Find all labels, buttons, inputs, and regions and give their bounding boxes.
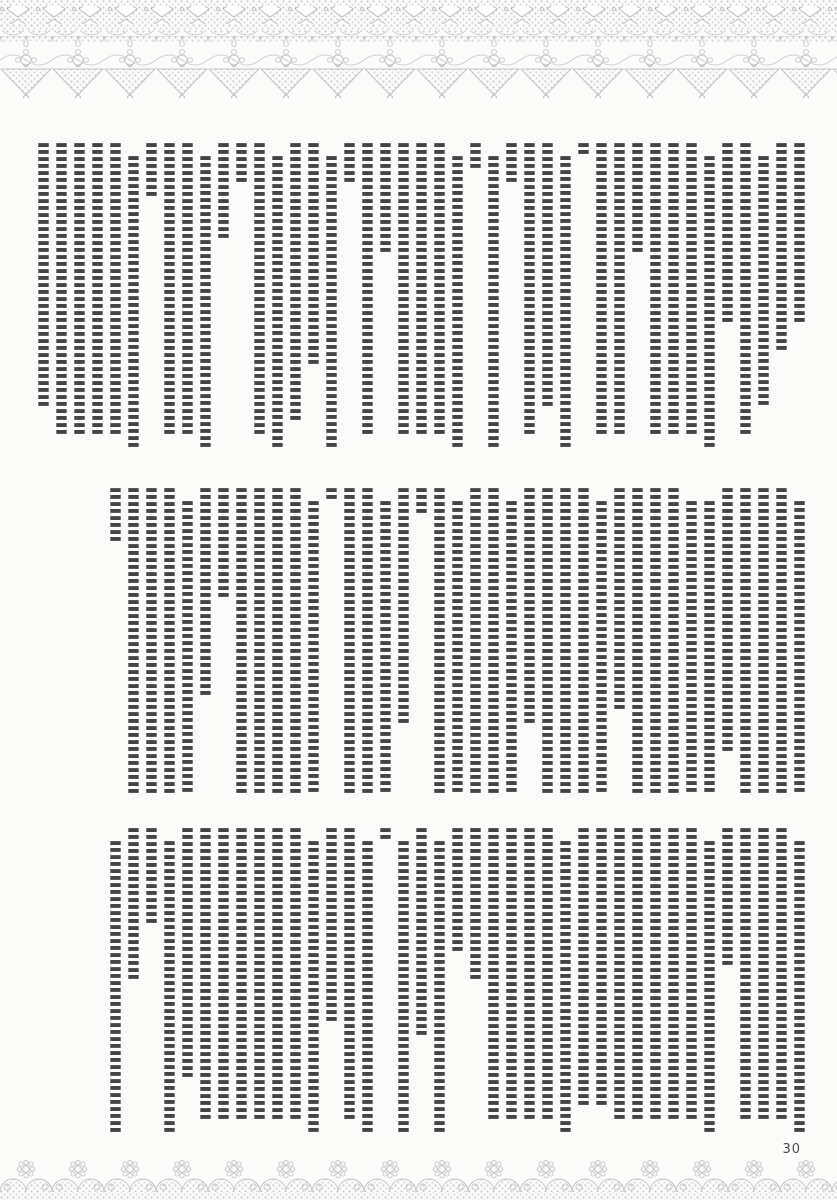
redacted-text-paragraph: 〓〓〓〓〓〓〓〓〓〓〓〓〓〓〓〓〓〓〓〓〓〓〓〓〓〓〓〓〓〓〓〓〓〓〓〓〓〓〓〓… [375,142,465,449]
redacted-text-paragraph: 〓〓〓〓〓〓〓〓〓〓〓〓〓〓〓 [771,142,789,449]
redacted-text-paragraph: 〓〓〓〓〓〓〓〓〓〓〓〓〓〓〓〓〓〓〓〓〓〓〓〓〓〓〓〓 [141,827,177,1134]
redacted-text-paragraph: 〓〓〓〓〓〓〓〓〓〓〓〓〓〓〓 [195,487,213,798]
redacted-text-paragraph: 〓〓〓〓〓〓〓〓〓〓〓〓〓〓〓〓〓〓〓〓〓〓〓〓〓〓〓〓〓〓〓〓〓〓〓〓〓〓〓〓… [69,142,141,449]
redacted-text-paragraph: 〓〓〓〓〓〓〓〓〓〓〓〓〓〓〓〓〓〓〓〓〓〓〓〓〓〓〓〓〓〓〓〓〓〓〓〓〓〓〓〓… [231,142,285,449]
redacted-text-paragraph: 〓〓〓〓〓〓〓〓〓〓〓〓〓〓〓〓〓〓〓〓〓〓〓〓〓〓〓〓〓〓〓〓〓〓〓〓 [411,827,447,1134]
text-tier-3: 〓〓〓〓〓〓〓〓〓〓〓〓〓〓〓〓〓〓〓〓〓〓〓〓〓〓〓〓〓〓〓〓〓〓〓〓〓〓〓〓… [95,827,807,1134]
redacted-text-paragraph: 〓〓〓〓〓〓〓〓〓〓〓〓〓〓〓〓〓〓〓〓〓〓 [375,827,411,1134]
lace-border-top [0,0,837,98]
redacted-text-paragraph: 〓〓〓〓〓〓〓〓〓〓〓〓〓〓〓〓〓〓〓〓〓〓〓〓〓〓〓〓〓〓〓〓〓〓〓〓〓〓〓〓… [537,487,609,798]
redacted-text-paragraph: 〓〓〓〓〓〓〓〓〓〓〓〓〓〓〓〓〓〓〓〓〓〓〓〓〓〓〓〓〓〓〓〓〓〓 [717,142,753,449]
redacted-text-paragraph: 〓〓〓〓〓〓〓〓〓〓〓〓〓〓〓〓〓〓〓〓〓〓〓 [465,142,501,449]
redacted-text-paragraph: 〓〓〓〓〓〓〓 [213,142,231,449]
redacted-text-paragraph: 〓〓〓〓〓〓〓〓〓〓〓〓〓〓〓〓〓〓〓〓〓〓〓〓〓〓〓〓〓〓〓〓〓〓〓〓〓〓〓〓 [33,142,69,449]
redacted-text-paragraph: 〓〓〓〓〓〓〓〓〓〓〓〓〓〓〓〓〓 [393,487,411,798]
redacted-text-paragraph: 〓〓〓〓〓〓〓〓〓〓〓〓〓〓〓〓〓〓〓〓 [285,142,303,449]
redacted-text-paragraph: 〓〓〓〓〓〓〓〓〓〓〓〓〓〓〓〓〓〓〓〓〓〓〓〓〓〓〓〓〓〓〓〓〓〓〓〓〓〓〓〓… [141,142,213,449]
redacted-text-paragraph: 〓〓〓〓〓〓〓〓〓〓〓〓〓〓〓〓〓〓〓〓〓〓〓〓〓〓〓〓〓〓〓〓〓〓〓〓〓〓〓〓… [573,142,627,449]
redacted-text-paragraph: 〓〓〓〓〓〓〓〓〓〓〓〓〓〓〓〓〓〓〓〓〓〓〓〓〓〓〓〓〓〓〓〓〓〓〓〓〓〓〓〓… [465,487,519,798]
redacted-text-paragraph: 〓〓〓〓〓〓〓〓〓〓〓〓〓〓〓〓〓〓〓〓〓 [105,827,123,1134]
text-tier-2: 〓〓〓〓〓〓〓〓〓〓〓〓〓〓〓〓〓〓〓〓〓〓〓〓〓〓〓〓〓〓〓〓〓〓〓〓〓〓〓〓… [95,487,807,798]
redacted-text-paragraph: 〓〓〓〓〓〓〓〓〓〓〓〓〓〓〓〓〓〓〓〓〓〓〓〓 [501,142,537,449]
redacted-text-paragraph: 〓〓〓〓〓〓〓〓〓〓〓〓〓〓〓〓〓〓〓〓〓〓〓〓〓〓〓〓〓〓〓〓〓〓〓〓〓〓〓〓… [465,827,573,1134]
redacted-text-paragraph: 〓〓〓〓〓〓〓〓〓〓〓〓〓 [789,142,807,449]
text-tier-1: 〓〓〓〓〓〓〓〓〓〓〓〓〓〓〓〓〓〓〓〓〓〓〓〓〓〓〓〓〓〓〓〓〓〓〓〓〓〓〓〓… [95,142,807,449]
redacted-text-paragraph: 〓〓〓〓〓〓〓〓〓 [447,827,465,1134]
scanned-novel-page: 〓〓〓〓〓〓〓〓〓〓〓〓〓〓〓〓〓〓〓〓〓〓〓〓〓〓〓〓〓〓〓〓〓〓〓〓〓〓〓〓… [0,0,837,1200]
redacted-text-paragraph: 〓〓〓〓〓〓〓〓〓〓〓〓〓〓〓〓〓〓〓〓〓〓〓〓〓〓〓〓〓〓〓〓〓〓〓〓〓〓〓〓 [537,142,573,449]
redacted-text-paragraph: 〓〓〓〓〓〓〓〓〓〓〓〓〓〓〓〓〓〓〓〓〓〓〓〓 [339,142,375,449]
redacted-text-paragraph: 〓〓〓〓〓〓〓〓〓〓〓〓〓〓〓〓〓〓 [753,142,771,449]
page-number: 30 [782,1142,801,1157]
redacted-text-paragraph: 〓〓〓〓〓〓〓〓〓〓〓〓〓〓〓〓〓〓〓〓〓〓〓〓〓〓〓〓〓〓〓〓〓〓〓〓〓〓〓〓… [321,827,375,1134]
redacted-text-paragraph: 〓〓〓〓〓〓〓〓〓〓〓 [123,827,141,1134]
redacted-text-paragraph: 〓〓〓〓〓〓〓〓〓〓〓〓〓〓〓〓〓〓〓〓〓〓〓〓〓〓〓〓〓〓〓〓〓〓〓〓〓〓〓〓… [213,487,321,798]
redacted-text-paragraph: 〓〓〓〓〓〓〓〓〓〓〓〓〓〓〓〓〓〓〓〓 [573,827,591,1134]
redacted-text-paragraph: 〓〓〓〓〓〓〓〓〓〓〓〓〓〓〓〓〓〓〓〓〓〓〓〓〓〓〓〓〓〓〓〓〓〓〓〓〓〓〓〓… [411,487,465,798]
redacted-text-paragraph: 〓〓〓〓〓〓〓〓〓〓〓〓〓〓〓〓〓〓〓〓〓〓〓〓〓〓〓〓〓〓〓〓〓〓〓〓〓 [303,142,339,449]
redacted-text-paragraph: 〓〓〓〓〓〓〓〓〓〓〓〓〓〓〓〓〓〓〓〓〓〓〓〓〓〓〓〓〓〓〓〓〓〓〓〓〓〓〓〓… [627,142,717,449]
lace-border-bottom [0,1160,837,1200]
redacted-text-paragraph: 〓〓〓〓〓〓〓〓〓〓〓〓〓〓〓〓〓 [519,487,537,798]
redacted-text-paragraph: 〓〓〓〓〓〓〓〓〓〓〓〓〓〓〓〓〓〓〓〓〓〓〓〓〓〓〓〓〓〓〓〓〓〓〓〓〓〓〓〓… [321,487,393,798]
redacted-text-paragraph: 〓〓〓〓〓〓〓〓〓〓〓〓〓〓〓〓〓〓〓〓〓〓〓〓〓〓〓〓〓〓〓〓〓〓〓〓〓〓〓〓… [717,487,807,798]
redacted-text-paragraph: 〓〓〓〓〓〓〓〓〓〓〓〓〓〓〓〓〓〓〓〓〓〓〓〓〓〓〓〓〓〓〓〓〓〓〓〓〓〓〓〓… [609,487,699,798]
redacted-text-paragraph: 〓〓〓〓〓〓〓〓〓〓〓〓〓〓〓〓〓〓〓〓〓〓〓〓〓〓〓〓〓〓〓〓〓〓〓〓〓〓〓〓… [591,827,717,1134]
redacted-text-paragraph: 〓〓〓〓〓〓〓〓〓〓〓〓〓〓〓〓〓〓〓〓〓〓〓〓〓〓〓〓〓〓〓〓〓〓〓〓〓〓〓〓… [717,827,807,1134]
redacted-text-paragraph: 〓〓〓〓〓〓〓〓〓〓〓〓〓〓〓〓〓〓〓〓〓〓〓〓〓〓〓〓〓〓〓〓〓〓〓〓〓〓〓〓… [177,827,321,1134]
redacted-text-paragraph: 〓〓〓〓〓〓〓〓〓〓〓〓〓〓〓〓〓〓〓〓〓 [699,487,717,798]
redacted-text-paragraph: 〓〓〓〓〓〓〓〓〓〓〓〓〓〓〓〓〓〓〓〓〓〓〓〓〓〓〓〓〓〓〓〓〓〓〓〓〓〓〓〓… [105,487,195,798]
